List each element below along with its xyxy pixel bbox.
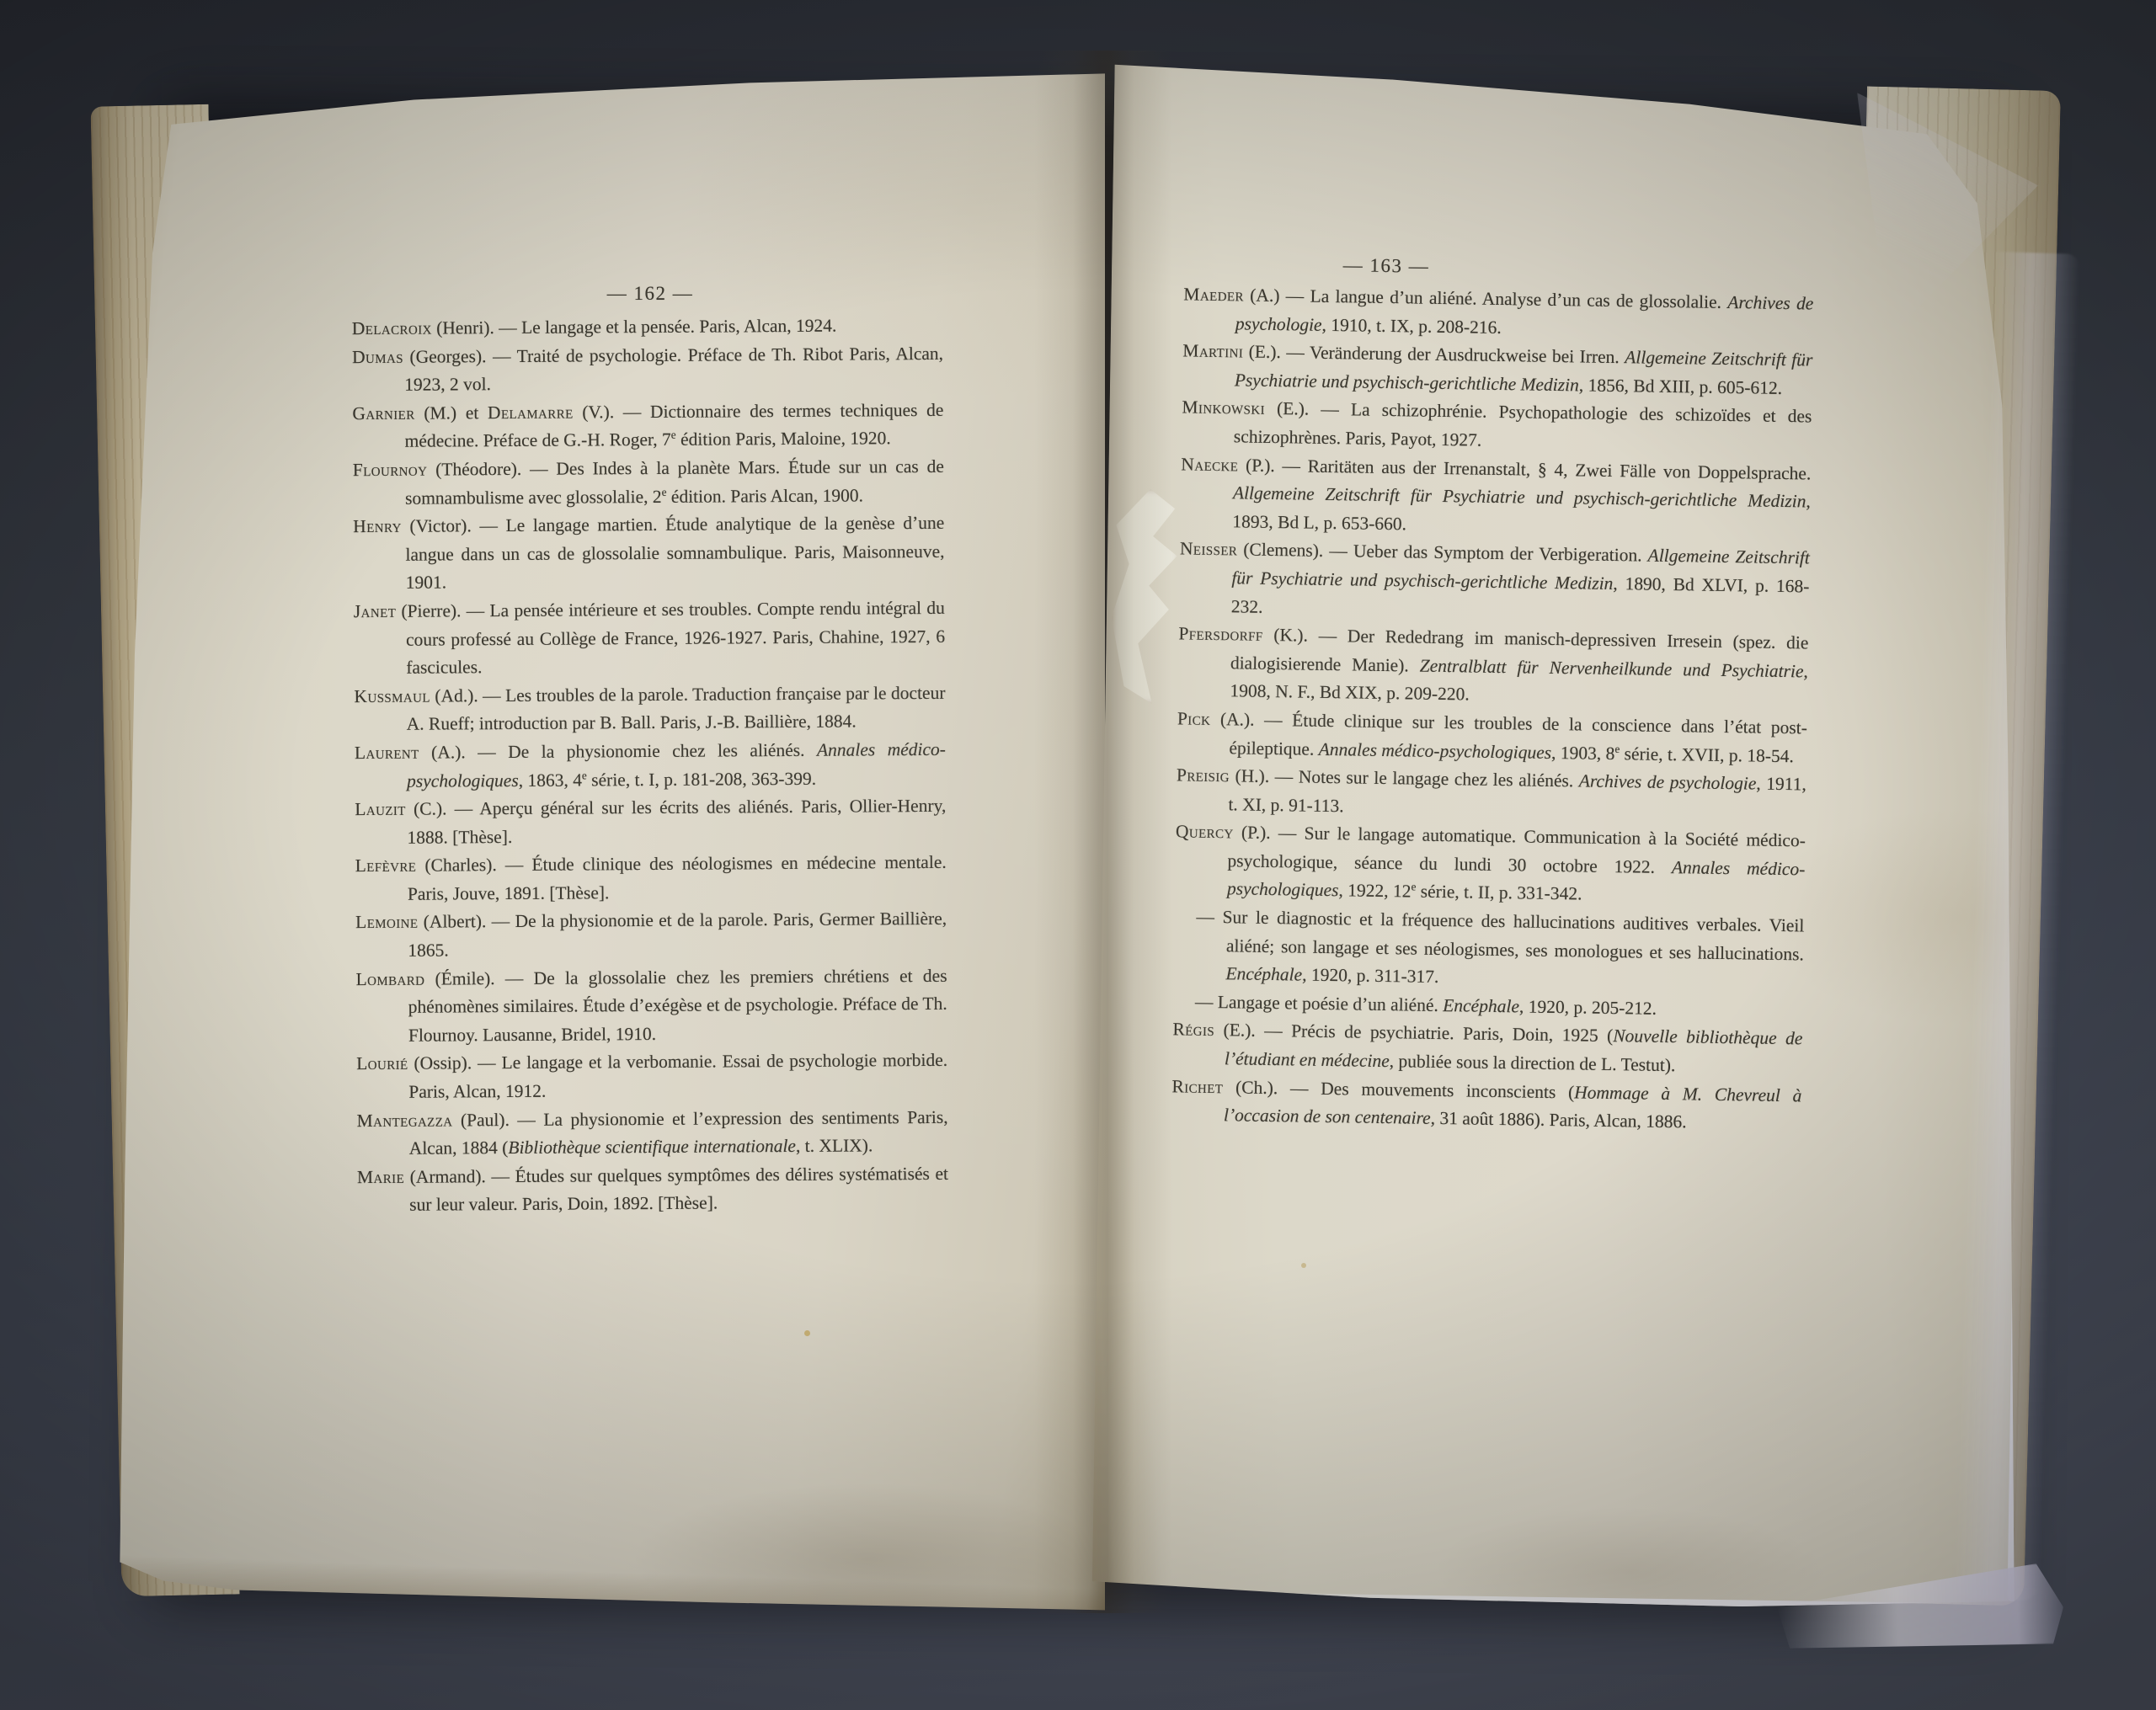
bibliography-entry: Maeder (A.) — La langue d’un aliéné. Ana… (1183, 280, 1814, 346)
bibliography-entry: Lauzit (C.). — Aperçu général sur les éc… (355, 792, 946, 852)
bibliography-entry: Flournoy (Théodore). — Des Indes à la pl… (353, 453, 944, 513)
bibliography-entry: Naecke (P.). — Raritäten aus der Irrenan… (1180, 450, 1811, 545)
bibliography-entry: Martini (E.). — Veränderung der Ausdruck… (1182, 338, 1813, 403)
page-163: — 163 — Maeder (A.) — La langue d’un ali… (1090, 51, 2044, 1617)
page-number-right: — 163 — (1184, 252, 1588, 280)
bibliography-entry: Minkowski (E.). — La schizophrénie. Psyc… (1182, 394, 1812, 460)
bibliography-entry: Janet (Pierre). — La pensée intérieure e… (354, 594, 946, 683)
bibliography-entries-right: Maeder (A.) — La langue d’un aliéné. Ana… (1171, 280, 1814, 1138)
bibliography-entry: Mantegazza (Paul). — La physionomie et l… (356, 1103, 947, 1163)
bibliography-entry: Lefèvre (Charles). — Étude clinique des … (355, 849, 947, 908)
page-number-left: — 162 — (355, 283, 946, 305)
bibliography-entry: Régis (E.). — Précis de psychiatrie. Par… (1172, 1016, 1803, 1082)
bibliography-entry: Neisser (Clemens). — Ueber das Symptom d… (1179, 535, 1810, 630)
bibliography-entry: Pick (A.). — Étude clinique sur les trou… (1177, 705, 1807, 770)
bibliography-entry: Dumas (Georges). — Traité de psychologie… (352, 339, 943, 399)
photo-backdrop: — 162 — Delacroix (Henri). — Le langage … (0, 0, 2156, 1710)
bibliography-entry: Garnier (M.) et Delamarre (V.). — Dictio… (352, 397, 943, 456)
bibliography-entry: Delacroix (Henri). — Le langage et la pe… (352, 312, 943, 344)
bibliography-entry: Lemoine (Albert). — De la physionomie et… (355, 905, 947, 965)
bibliography-entry: Laurent (A.). — De la physionomie chez l… (355, 736, 946, 796)
bibliography-entry: — Sur le diagnostic et la fréquence des … (1173, 903, 1804, 997)
bibliography-entry: Henry (Victor). — Le langage martien. Ét… (353, 509, 945, 598)
bibliography-entry: Preisig (H.). — Notes sur le langage che… (1176, 761, 1806, 827)
bibliography-entry: Pfersdorff (K.). — Der Rededrang im mani… (1177, 620, 1808, 714)
bibliography-entry: Richet (Ch.). — Des mouvements inconscie… (1171, 1073, 1802, 1138)
bibliography-entry: Marie (Armand). — Études sur quelques sy… (357, 1160, 948, 1220)
bibliography-entry: Lourié (Ossip). — Le langage et la verbo… (356, 1047, 947, 1106)
bibliography-entry: Lombard (Émile). — De la glossolalie che… (355, 962, 947, 1051)
page-162: — 162 — Delacroix (Henri). — Le langage … (118, 67, 1105, 1613)
paper-tear (1110, 488, 1181, 704)
bibliography-entries-left: Delacroix (Henri). — Le langage et la pe… (352, 312, 949, 1220)
bibliography-entry: Quercy (P.). — Sur le langage automatiqu… (1175, 818, 1806, 913)
bibliography-entry: Kussmaul (Ad.). — Les troubles de la par… (354, 679, 945, 739)
